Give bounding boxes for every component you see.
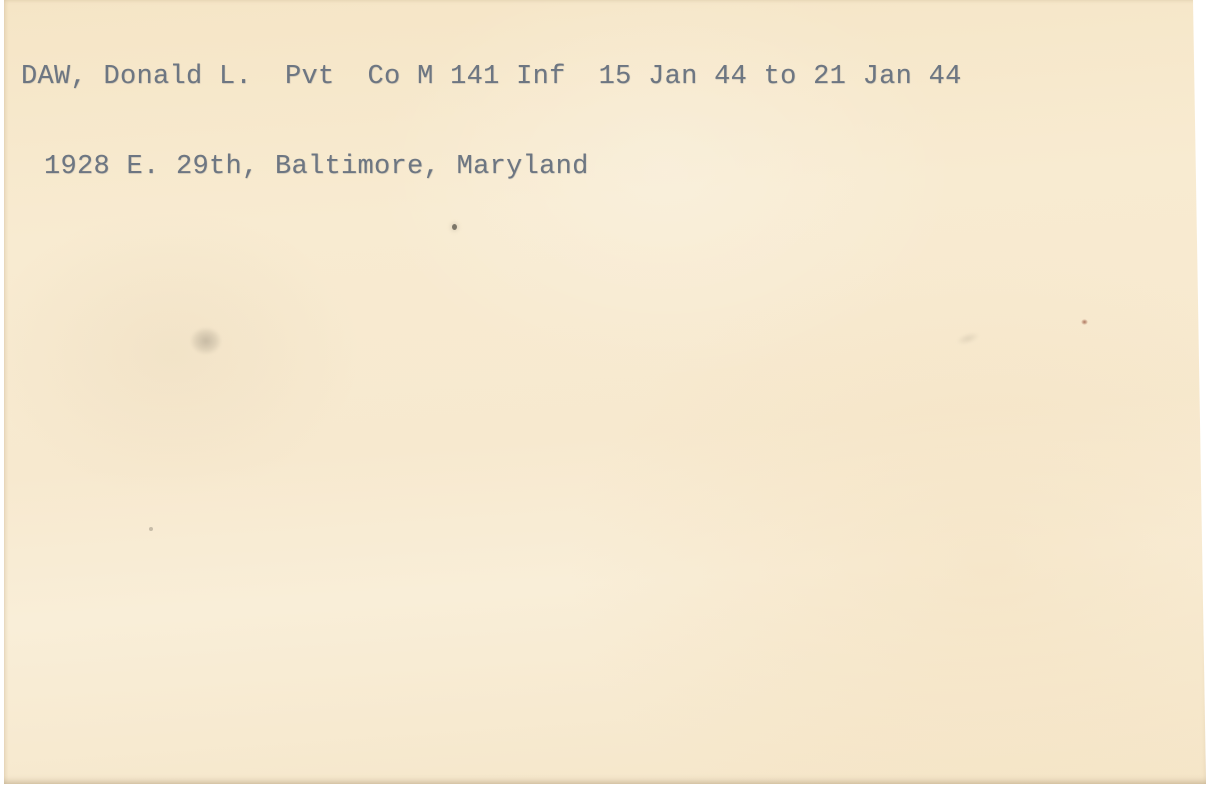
paper-smudge — [190, 327, 222, 355]
typed-text-block: DAW, Donald L. Pvt Co M 141 Inf 15 Jan 4… — [21, 2, 962, 242]
faint-pencil-mark — [955, 330, 981, 348]
service-record-line: DAW, Donald L. Pvt Co M 141 Inf 15 Jan 4… — [21, 62, 962, 92]
index-card: DAW, Donald L. Pvt Co M 141 Inf 15 Jan 4… — [4, 0, 1206, 784]
faint-speck — [149, 527, 153, 531]
address-line: 1928 E. 29th, Baltimore, Maryland — [44, 152, 962, 182]
red-speck — [1081, 319, 1088, 325]
